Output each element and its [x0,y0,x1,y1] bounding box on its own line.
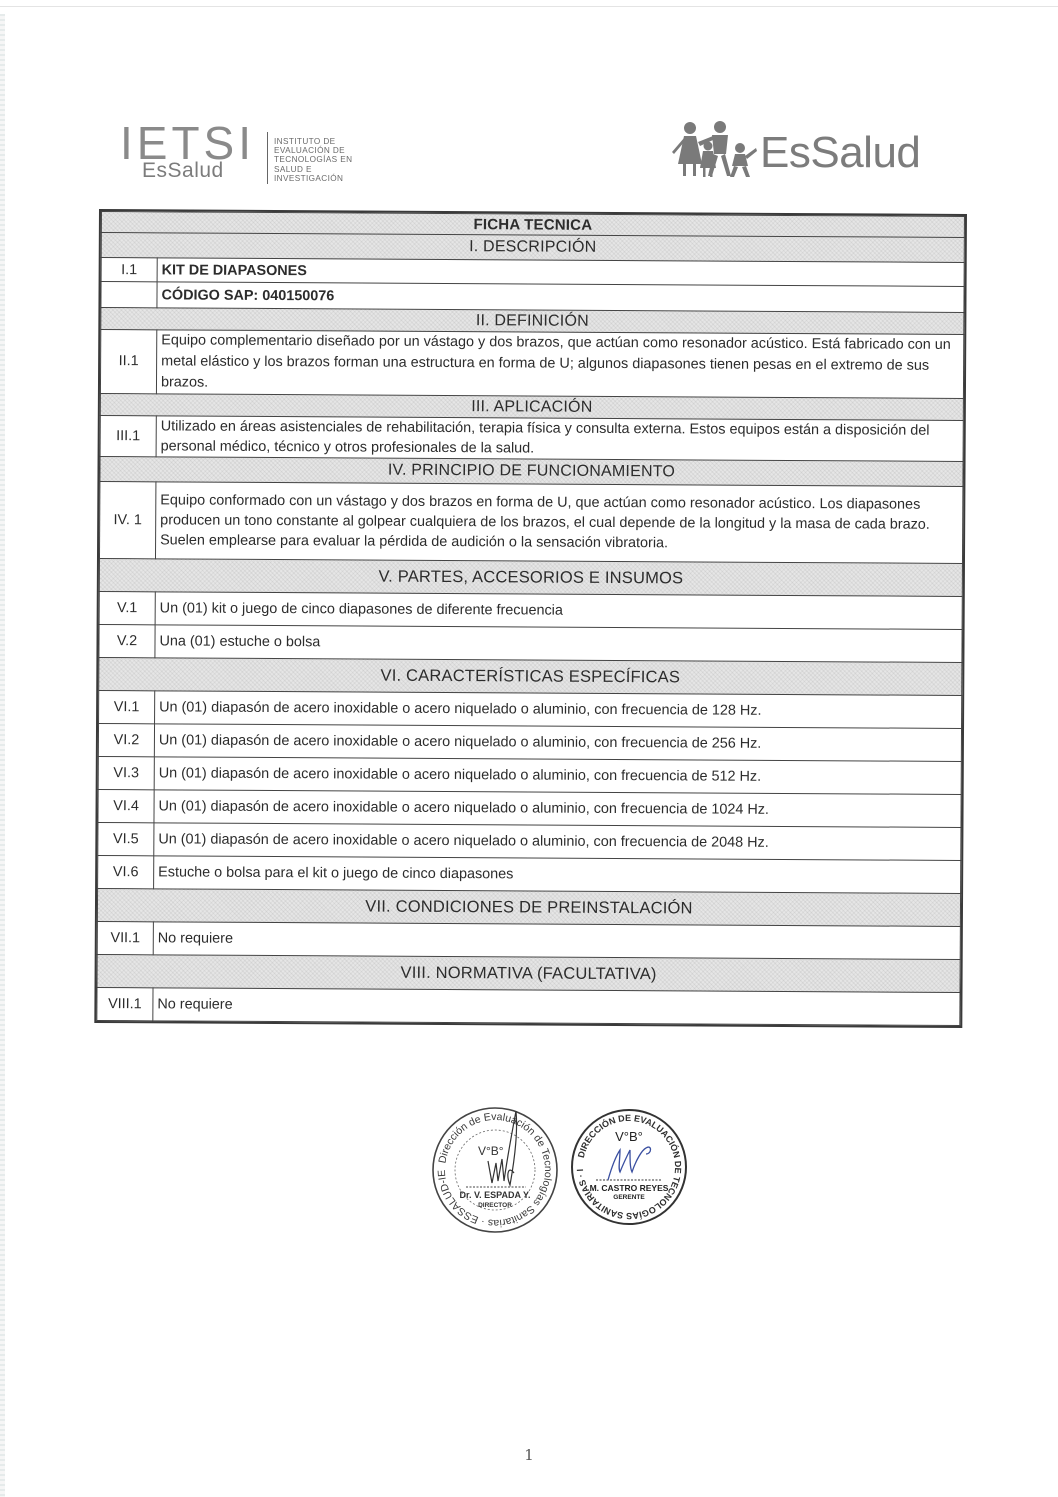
row-code: VI.2 [98,724,154,757]
table-row: II.1 Equipo complementario diseñado por … [100,330,963,399]
ietsi-sub: EsSalud [142,160,224,181]
row-code: V.1 [99,592,155,625]
row-text: Estuche o bolsa para el kit o juego de c… [154,856,961,894]
row-text: Un (01) diapasón de acero inoxidable o a… [154,790,961,828]
row-text: Una (01) estuche o bolsa [155,625,962,663]
svg-text:M. CASTRO REYES: M. CASTRO REYES [590,1183,669,1193]
table-row: VI.4 Un (01) diapasón de acero inoxidabl… [98,790,961,828]
row-text: No requiere [153,988,960,1026]
svg-text:GERENTE: GERENTE [613,1194,645,1201]
institute-line: INVESTIGACIÓN [274,174,352,183]
section-heading-partes: V. PARTES, ACCESORIOS E INSUMOS [99,559,962,597]
row-code [101,282,157,308]
row-code: VII.1 [97,922,153,955]
row-code: VI.6 [98,856,154,889]
svg-text:DIRECTOR: DIRECTOR [478,1202,512,1209]
table-row: VI.1 Un (01) diapasón de acero inoxidabl… [99,691,962,729]
row-text: Utilizado en áreas asistenciales de reha… [156,416,963,462]
scan-artifact-top [0,6,1058,7]
table-row: V.2 Una (01) estuche o bolsa [99,625,962,663]
section-heading-caracteristicas: VI. CARACTERÍSTICAS ESPECÍFICAS [99,658,962,696]
row-code: III.1 [100,416,156,457]
seal-stamp-icon: Dirección de Evaluación de Tecnologías S… [430,1103,560,1238]
row-text: Un (01) diapasón de acero inoxidable o a… [154,724,961,762]
row-code: VI.5 [98,823,154,856]
table-row: III.1 Utilizado en áreas asistenciales d… [100,416,963,462]
row-text: Un (01) diapasón de acero inoxidable o a… [154,757,961,795]
row-code: IV. 1 [99,482,155,559]
ficha-tecnica-table: FICHA TECNICA I. DESCRIPCIÓN I.1 KIT DE … [94,209,967,1028]
svg-text:V°B°: V°B° [478,1144,504,1158]
section-header-row: VIII. NORMATIVA (FACULTATIVA) [97,955,960,993]
row-code: V.2 [99,625,155,658]
row-text: Equipo complementario diseñado por un vá… [156,330,963,399]
table-row: VII.1 No requiere [97,922,960,960]
row-text: No requiere [153,922,960,960]
director-approval-seal: Dirección de Evaluación de Tecnologías S… [430,1103,560,1238]
svg-text:V°B°: V°B° [615,1129,643,1144]
section-header-row: VII. CONDICIONES DE PREINSTALACIÓN [97,889,960,927]
section-header-row: VI. CARACTERÍSTICAS ESPECÍFICAS [99,658,962,696]
row-code: II.1 [100,330,156,394]
row-text: Un (01) diapasón de acero inoxidable o a… [154,823,961,861]
row-text: Un (01) kit o juego de cinco diapasones … [155,592,962,630]
family-icon [668,120,764,180]
row-code: VI.4 [98,790,154,823]
table-row: VI.3 Un (01) diapasón de acero inoxidabl… [98,757,961,795]
essalud-wordmark: EsSalud [760,128,920,178]
table-row: VI.2 Un (01) diapasón de acero inoxidabl… [98,724,961,762]
essalud-logo: EsSalud [668,120,920,180]
section-heading-preinstalacion: VII. CONDICIONES DE PREINSTALACIÓN [97,889,960,927]
table-row: VIII.1 No requiere [97,988,960,1026]
svg-text:DIRECCIÓN DE EVALUACIÓN DE TEC: DIRECCIÓN DE EVALUACIÓN DE TECNOLOGÍAS S… [565,1100,683,1221]
table-row: V.1 Un (01) kit o juego de cinco diapaso… [99,592,962,630]
ietsi-logo: IETSI EsSalud INSTITUTO DE EVALUACIÓN DE… [120,126,352,184]
svg-text:Dr. V. ESPADA Y.: Dr. V. ESPADA Y. [459,1190,530,1200]
manager-approval-seal: DIRECCIÓN DE EVALUACIÓN DE TECNOLOGÍAS S… [568,1108,690,1226]
page-number: 1 [0,1446,1058,1464]
institute-line: TECNOLOGÍAS EN [274,155,352,164]
row-code: VI.3 [98,757,154,790]
institute-line: EVALUACIÓN DE [274,146,352,155]
row-text: Equipo conformado con un vástago y dos b… [155,482,962,564]
scan-artifact-edge [0,14,5,1497]
ietsi-wordmark: IETSI EsSalud [120,126,265,184]
seal-stamp-icon: DIRECCIÓN DE EVALUACIÓN DE TECNOLOGÍAS S… [568,1108,690,1226]
row-text: Un (01) diapasón de acero inoxidable o a… [155,691,962,729]
row-code: VI.1 [99,691,155,724]
section-heading-normativa: VIII. NORMATIVA (FACULTATIVA) [97,955,960,993]
institute-line: INSTITUTO DE [274,137,352,146]
table-row: IV. 1 Equipo conformado con un vástago y… [99,482,962,564]
row-code: VIII.1 [97,988,153,1021]
institute-line: SALUD E [274,165,352,174]
table-row: VI.5 Un (01) diapasón de acero inoxidabl… [98,823,961,861]
row-code: I.1 [101,258,157,282]
ietsi-institute-name: INSTITUTO DE EVALUACIÓN DE TECNOLOGÍAS E… [274,137,352,184]
section-header-row: V. PARTES, ACCESORIOS E INSUMOS [99,559,962,597]
logo-divider [267,132,268,184]
table-row: VI.6 Estuche o bolsa para el kit o juego… [98,856,961,894]
